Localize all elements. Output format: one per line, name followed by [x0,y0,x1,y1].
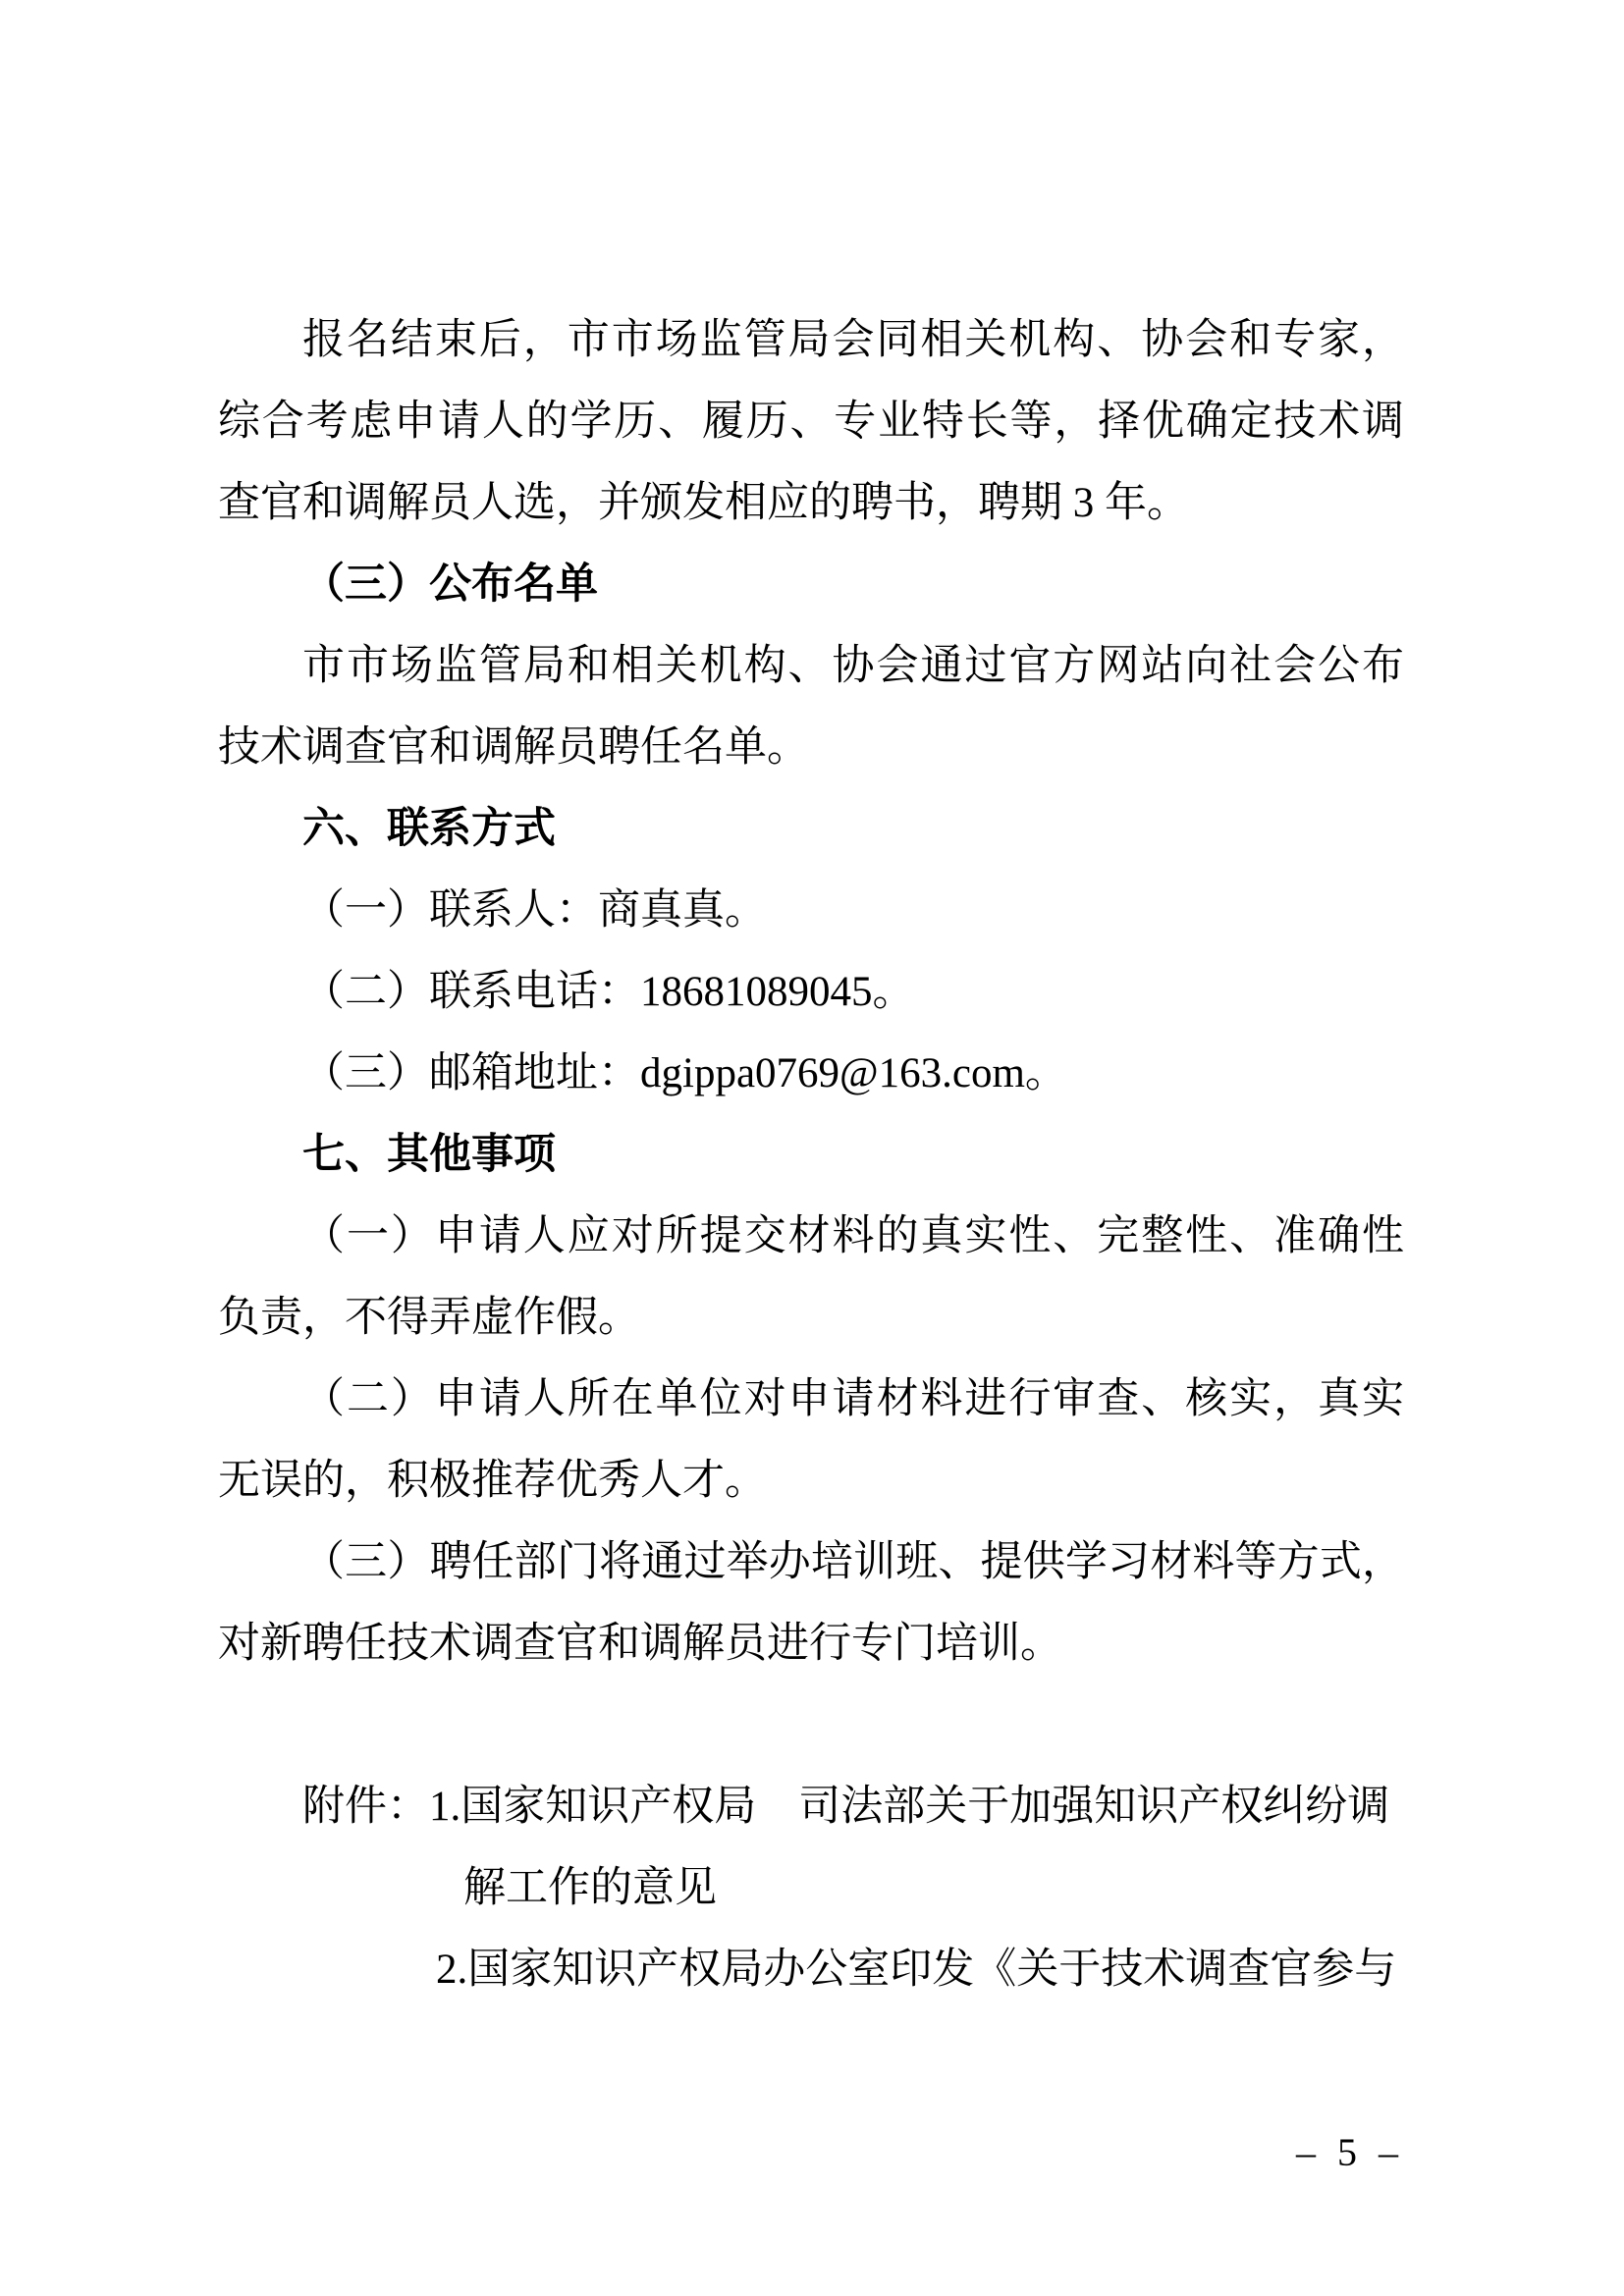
text-line: （三）邮箱地址：dgippa0769@163.com。 [218,1033,1404,1114]
text-line: （二）申请人所在单位对申请材料进行审查、核实，真实 [218,1359,1404,1440]
text-line: 技术调查官和调解员聘任名单。 [218,707,1404,788]
text-line: 综合考虑申请人的学历、履历、专业特长等，择优确定技术调 [218,381,1404,462]
text-line: （二）联系电话：18681089045。 [218,951,1404,1033]
document-page: 报名结束后，市市场监管局会同相关机构、协会和专家，综合考虑申请人的学历、履历、专… [0,0,1624,2296]
text-line: 市市场监管局和相关机构、协会通过官方网站向社会公布 [218,625,1404,707]
text-line: （三）聘任部门将通过举办培训班、提供学习材料等方式， [218,1522,1404,1603]
section-heading: 六、联系方式 [218,788,1404,870]
document-content: 报名结束后，市市场监管局会同相关机构、协会和专家，综合考虑申请人的学历、履历、专… [218,299,1404,2010]
section-heading: 七、其他事项 [218,1114,1404,1196]
attachment-line: 附件：1.国家知识产权局 司法部关于加强知识产权纠纷调 [218,1766,1404,1847]
blank-line [218,1684,1404,1766]
text-line: （一）申请人应对所提交材料的真实性、完整性、准确性 [218,1196,1404,1277]
text-line: 报名结束后，市市场监管局会同相关机构、协会和专家， [218,299,1404,381]
text-line: 对新聘任技术调查官和调解员进行专门培训。 [218,1603,1404,1684]
attachment-line: 解工作的意见 [463,1847,1404,1929]
text-line: 无误的，积极推荐优秀人才。 [218,1440,1404,1522]
page-number: – 5 – [218,2128,1404,2177]
text-line: 负责，不得弄虚作假。 [218,1277,1404,1359]
attachment-line: 2.国家知识产权局办公室印发《关于技术调查官参与 [436,1929,1404,2010]
text-line: （一）联系人：商真真。 [218,870,1404,951]
text-line: 查官和调解员人选，并颁发相应的聘书，聘期 3 年。 [218,462,1404,544]
section-heading: （三）公布名单 [218,544,1404,625]
